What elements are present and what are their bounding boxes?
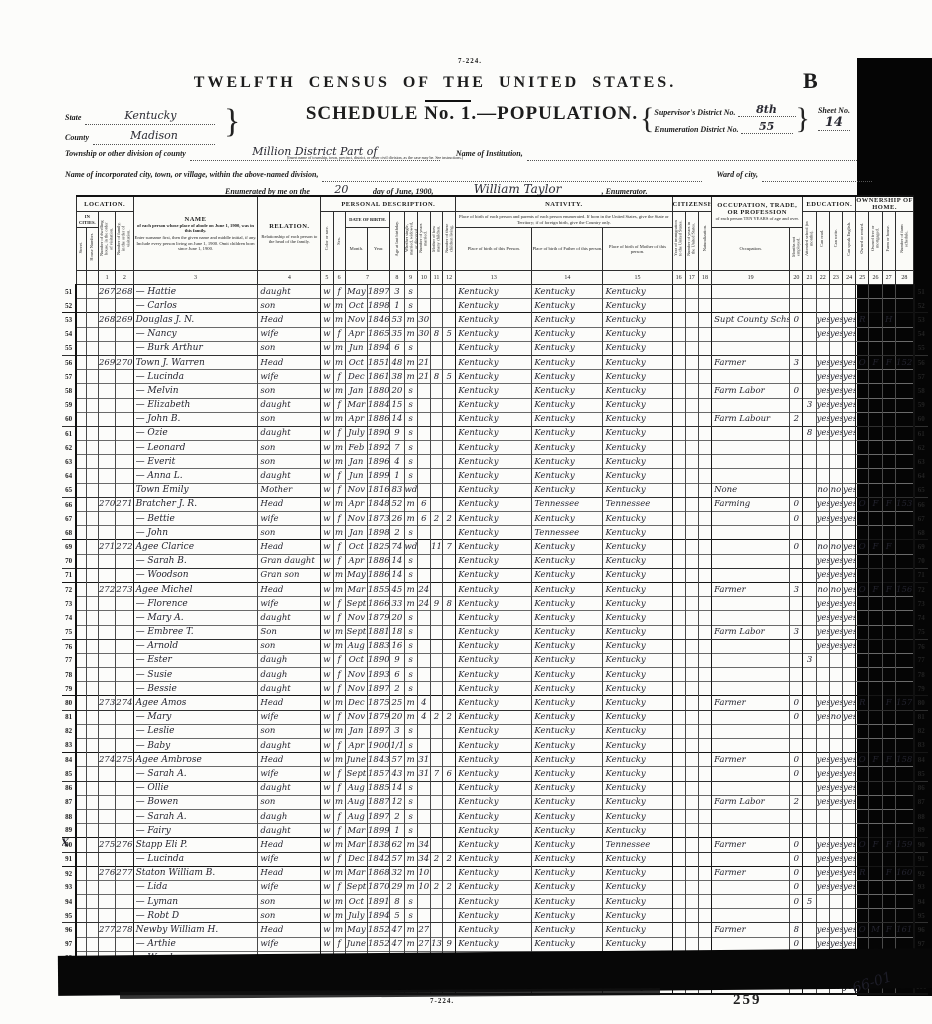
column-number: [86, 271, 98, 285]
cell-dwelling-number: 271: [99, 540, 116, 554]
cell-birth-month: Mar: [345, 582, 367, 596]
cell-can-write: [829, 739, 842, 753]
column-number: 4: [258, 271, 321, 285]
cell-name: — Lida: [133, 880, 258, 894]
cell-can-write: yes: [829, 611, 842, 625]
row-number-right: 79: [914, 682, 928, 696]
col-mother-of-children: Mother of how many children.: [430, 212, 442, 271]
cell-farm-number: [895, 313, 913, 327]
cell-marital: s: [404, 682, 417, 696]
cell-owned-rented: [856, 668, 869, 682]
col-attended-school: Attended school (in months).: [803, 212, 816, 271]
cell-farm-or-house: [882, 554, 895, 568]
cell-age: 15: [390, 398, 404, 412]
cell-can-read: [816, 653, 829, 667]
cell-can-write: yes: [829, 923, 842, 937]
cell-street: [76, 398, 86, 412]
cell-age: 14: [390, 781, 404, 795]
cell-birthplace-father: Kentucky: [532, 483, 603, 497]
cell-name: — Elizabeth: [133, 398, 258, 412]
cell-birthplace-mother: Kentucky: [603, 582, 672, 596]
cell-can-read: [816, 441, 829, 455]
cell-name: — Florence: [133, 597, 258, 611]
row-number-right: 56: [914, 355, 928, 369]
cell-birth-year: 1855: [368, 582, 390, 596]
cell-birthplace-mother: Kentucky: [603, 739, 672, 753]
cell-house-number: [86, 809, 98, 823]
cell-immigration-year: [672, 540, 685, 554]
cell-family-number: 275: [116, 753, 133, 767]
cell-marital: m: [404, 937, 417, 951]
cell-relation: Head: [258, 753, 321, 767]
cell-birthplace-person: Kentucky: [456, 795, 532, 809]
cell-color: w: [321, 355, 333, 369]
cell-naturalization: [698, 526, 711, 540]
row-number-left: 59: [62, 398, 76, 412]
cell-color: w: [321, 526, 333, 540]
cell-months-unemployed: 0: [790, 880, 803, 894]
cell-can-write: yes: [829, 554, 842, 568]
cell-name: — John B.: [133, 412, 258, 426]
cell-years-in-us: [685, 370, 698, 384]
cell-free-mortgaged: [869, 469, 882, 483]
cell-family-number: [116, 880, 133, 894]
section-personal: PERSONAL DESCRIPTION.: [321, 196, 456, 212]
cell-house-number: [86, 384, 98, 398]
cell-attended-school: [803, 341, 816, 355]
cell-years-married: [417, 682, 430, 696]
cell-relation: wife: [258, 597, 321, 611]
cell-dwelling-number: [99, 909, 116, 923]
cell-name: — John: [133, 526, 258, 540]
cell-name: Agee Amos: [133, 696, 258, 710]
cell-free-mortgaged: F: [869, 497, 882, 511]
relation-title: RELATION.: [258, 223, 320, 230]
cell-farm-number: [895, 880, 913, 894]
cell-birthplace-mother: Kentucky: [603, 625, 672, 639]
row-number-left: 62: [62, 441, 76, 455]
cell-age: 2: [390, 809, 404, 823]
row-number-right: 72: [914, 582, 928, 596]
cell-mother-of: 11: [430, 540, 442, 554]
cell-attended-school: [803, 597, 816, 611]
enumeration-value: 55: [759, 120, 774, 133]
cell-months-unemployed: [790, 370, 803, 384]
cell-free-mortgaged: [869, 327, 882, 341]
cell-years-married: [417, 412, 430, 426]
cell-birthplace-mother: Kentucky: [603, 327, 672, 341]
cell-can-speak-english: yes: [843, 880, 856, 894]
cell-marital: m: [404, 880, 417, 894]
cell-children-living: [443, 682, 456, 696]
cell-birth-year: 1884: [368, 398, 390, 412]
table-row: 95— Robt DsonwmJuly18945sKentuckyKentuck…: [62, 909, 928, 923]
cell-name: Agee Ambrose: [133, 753, 258, 767]
cell-birthplace-person: Kentucky: [456, 341, 532, 355]
cell-relation: Gran daught: [258, 554, 321, 568]
cell-farm-or-house: [882, 852, 895, 866]
row-number-right: 78: [914, 668, 928, 682]
cell-birth-year: 1885: [368, 781, 390, 795]
cell-relation: son: [258, 526, 321, 540]
cell-house-number: [86, 455, 98, 469]
marginal-x-mark: X: [62, 838, 69, 849]
cell-marital: s: [404, 285, 417, 299]
cell-age: 14: [390, 568, 404, 582]
cell-owned-rented: [856, 795, 869, 809]
cell-farm-or-house: [882, 285, 895, 299]
cell-farm-or-house: [882, 880, 895, 894]
cell-street: [76, 554, 86, 568]
cell-attended-school: [803, 313, 816, 327]
cell-house-number: [86, 724, 98, 738]
table-row: 77— EsterdaughwfOct18909sKentuckyKentuck…: [62, 653, 928, 667]
cell-marital: s: [404, 384, 417, 398]
cell-name: — Arnold: [133, 639, 258, 653]
cell-occupation: [712, 639, 790, 653]
cell-free-mortgaged: [869, 866, 882, 880]
cell-marital: s: [404, 653, 417, 667]
cell-birthplace-person: Kentucky: [456, 809, 532, 823]
cell-name: — Mary A.: [133, 611, 258, 625]
cell-farm-or-house: [882, 909, 895, 923]
cell-birth-month: June: [345, 937, 367, 951]
cell-color: w: [321, 739, 333, 753]
cell-can-read: yes: [816, 568, 829, 582]
cell-relation: daught: [258, 611, 321, 625]
cell-family-number: 277: [116, 866, 133, 880]
cell-birth-year: 1880: [368, 384, 390, 398]
cell-birth-year: 1881: [368, 625, 390, 639]
section-location: LOCATION.: [76, 196, 133, 212]
cell-birth-year: 1842: [368, 852, 390, 866]
state-line: State Kentucky: [65, 106, 215, 125]
county-label: County: [65, 133, 89, 142]
cell-birthplace-father: Kentucky: [532, 923, 603, 937]
cell-marital: wd: [404, 540, 417, 554]
state-label: State: [65, 113, 81, 122]
cell-birthplace-mother: Kentucky: [603, 895, 672, 909]
cell-can-read: yes: [816, 497, 829, 511]
row-number-left: 83: [62, 739, 76, 753]
col-years-married: Number of years married.: [417, 212, 430, 271]
cell-can-speak-english: yes: [843, 512, 856, 526]
cell-naturalization: [698, 355, 711, 369]
cell-years-married: [417, 469, 430, 483]
cell-farm-or-house: [882, 668, 895, 682]
cell-family-number: [116, 809, 133, 823]
column-number: 2: [116, 271, 133, 285]
cell-name: — Melvin: [133, 384, 258, 398]
cell-birthplace-person: Kentucky: [456, 483, 532, 497]
cell-can-read: yes: [816, 554, 829, 568]
cell-marital: s: [404, 668, 417, 682]
cell-house-number: [86, 682, 98, 696]
cell-can-read: yes: [816, 611, 829, 625]
enumeration-line: Enumeration District No. 55: [654, 120, 795, 134]
cell-color: w: [321, 285, 333, 299]
cell-birthplace-father: Kentucky: [532, 909, 603, 923]
cell-birth-month: May: [345, 568, 367, 582]
cell-family-number: [116, 937, 133, 951]
table-row: 84274275Agee AmbroseHeadwmJune184357m31K…: [62, 753, 928, 767]
cell-birthplace-father: Kentucky: [532, 682, 603, 696]
cell-naturalization: [698, 696, 711, 710]
cell-name: — Arthie: [133, 937, 258, 951]
cell-mother-of: [430, 299, 442, 313]
cell-months-unemployed: 0: [790, 384, 803, 398]
cell-house-number: [86, 653, 98, 667]
cell-can-read: yes: [816, 370, 829, 384]
cell-years-married: 21: [417, 355, 430, 369]
cell-age: 16: [390, 639, 404, 653]
cell-can-read: [816, 526, 829, 540]
cell-sex: m: [333, 866, 345, 880]
cell-free-mortgaged: [869, 739, 882, 753]
cell-can-write: [829, 341, 842, 355]
cell-birthplace-father: Kentucky: [532, 412, 603, 426]
cell-can-read: [816, 469, 829, 483]
cell-years-in-us: [685, 299, 698, 313]
cell-occupation: [712, 341, 790, 355]
cell-children-living: [443, 398, 456, 412]
cell-free-mortgaged: [869, 682, 882, 696]
cell-birth-year: 1890: [368, 653, 390, 667]
cell-birthplace-person: Kentucky: [456, 526, 532, 540]
cell-farm-number: 157: [895, 696, 913, 710]
cell-marital: m: [404, 710, 417, 724]
cell-can-write: [829, 441, 842, 455]
cell-can-write: yes: [829, 838, 842, 852]
cell-relation: Head: [258, 497, 321, 511]
cell-farm-or-house: [882, 441, 895, 455]
cell-months-unemployed: [790, 668, 803, 682]
cell-birthplace-mother: Kentucky: [603, 866, 672, 880]
cell-farm-number: [895, 625, 913, 639]
cell-color: w: [321, 682, 333, 696]
cell-street: [76, 441, 86, 455]
cell-mother-of: [430, 611, 442, 625]
cell-street: [76, 285, 86, 299]
cell-free-mortgaged: F: [869, 355, 882, 369]
cell-months-unemployed: [790, 441, 803, 455]
cell-family-number: [116, 739, 133, 753]
cell-children-living: [443, 299, 456, 313]
cell-occupation: [712, 682, 790, 696]
section-ownership: OWNERSHIP OF HOME.: [856, 196, 914, 212]
cell-family-number: [116, 611, 133, 625]
cell-naturalization: [698, 682, 711, 696]
cell-can-write: [829, 653, 842, 667]
cell-free-mortgaged: [869, 313, 882, 327]
cell-street: [76, 426, 86, 440]
table-row: 75— Embree T.SonwmSept188118sKentuckyKen…: [62, 625, 928, 639]
cell-occupation: None: [712, 483, 790, 497]
col-age: Age at last birthday.: [390, 212, 404, 271]
cell-mother-of: [430, 497, 442, 511]
cell-sex: f: [333, 611, 345, 625]
cell-years-in-us: [685, 327, 698, 341]
cell-sex: m: [333, 639, 345, 653]
cell-can-speak-english: [843, 909, 856, 923]
township-label: Township or other division of county: [65, 149, 186, 158]
cell-mother-of: 2: [430, 512, 442, 526]
cell-street: [76, 582, 86, 596]
cell-name: — Mary: [133, 710, 258, 724]
cell-children-living: [443, 426, 456, 440]
cell-sex: f: [333, 767, 345, 781]
cell-birthplace-person: Kentucky: [456, 611, 532, 625]
cell-color: w: [321, 512, 333, 526]
cell-can-read: [816, 341, 829, 355]
row-number-left: 67: [62, 512, 76, 526]
cell-birthplace-father: Kentucky: [532, 512, 603, 526]
cell-farm-number: [895, 299, 913, 313]
cell-can-speak-english: [843, 668, 856, 682]
cell-dwelling-number: [99, 327, 116, 341]
cell-farm-or-house: F: [882, 696, 895, 710]
cell-attended-school: [803, 299, 816, 313]
cell-months-unemployed: [790, 426, 803, 440]
cell-color: w: [321, 838, 333, 852]
cell-occupation: [712, 526, 790, 540]
cell-birthplace-mother: Kentucky: [603, 767, 672, 781]
cell-color: w: [321, 313, 333, 327]
cell-street: [76, 724, 86, 738]
cell-years-in-us: [685, 384, 698, 398]
cell-sex: m: [333, 497, 345, 511]
cell-birth-month: Apr: [345, 497, 367, 511]
cell-can-speak-english: yes: [843, 384, 856, 398]
cell-age: 1: [390, 469, 404, 483]
cell-birth-month: Oct: [345, 653, 367, 667]
enumerator-name: William Taylor: [474, 182, 562, 196]
cell-age: 1: [390, 299, 404, 313]
cell-marital: m: [404, 512, 417, 526]
cell-naturalization: [698, 923, 711, 937]
column-number: 13: [456, 271, 532, 285]
cell-immigration-year: [672, 653, 685, 667]
sheet-label: Sheet No.: [818, 106, 850, 115]
cell-dwelling-number: [99, 568, 116, 582]
cell-sex: f: [333, 824, 345, 838]
cell-can-speak-english: yes: [843, 781, 856, 795]
cell-attended-school: 5: [803, 895, 816, 909]
cell-relation: wife: [258, 512, 321, 526]
cell-years-in-us: [685, 313, 698, 327]
cell-birthplace-mother: Kentucky: [603, 753, 672, 767]
table-row: 71— WoodsonGran sonwmMay188614sKentuckyK…: [62, 568, 928, 582]
cell-can-write: yes: [829, 795, 842, 809]
row-number-right: 94: [914, 895, 928, 909]
cell-birth-month: Apr: [345, 412, 367, 426]
cell-naturalization: [698, 398, 711, 412]
cell-immigration-year: [672, 668, 685, 682]
table-row: 51267268— HattiedaughtwfMay18973sKentuck…: [62, 285, 928, 299]
cell-occupation: [712, 426, 790, 440]
cell-house-number: [86, 299, 98, 313]
cell-birth-year: 1897: [368, 724, 390, 738]
cell-birth-year: 1897: [368, 682, 390, 696]
cell-age: 83: [390, 483, 404, 497]
township-hint: [Insert name of township, town, precinct…: [250, 155, 500, 160]
cell-color: w: [321, 483, 333, 497]
cell-months-unemployed: 0: [790, 852, 803, 866]
table-row: 58— MelvinsonwmJan188020sKentuckyKentuck…: [62, 384, 928, 398]
cell-occupation: [712, 540, 790, 554]
cell-street: [76, 753, 86, 767]
cell-house-number: [86, 852, 98, 866]
table-body: 51267268— HattiedaughtwfMay18973sKentuck…: [62, 285, 928, 995]
cell-color: w: [321, 696, 333, 710]
cell-can-speak-english: [843, 682, 856, 696]
cell-color: w: [321, 299, 333, 313]
cell-can-speak-english: yes: [843, 795, 856, 809]
cell-naturalization: [698, 852, 711, 866]
cell-farm-or-house: [882, 639, 895, 653]
cell-farm-or-house: [882, 710, 895, 724]
cell-birth-month: Nov: [345, 682, 367, 696]
cell-occupation: Farm Labour: [712, 412, 790, 426]
cell-birth-month: Nov: [345, 313, 367, 327]
cell-color: w: [321, 895, 333, 909]
column-number-row: 1234567891011121314151617181920212223242…: [62, 271, 928, 285]
column-number: 14: [532, 271, 603, 285]
cell-relation: son: [258, 639, 321, 653]
cell-birth-month: July: [345, 909, 367, 923]
cell-attended-school: [803, 795, 816, 809]
cell-attended-school: [803, 497, 816, 511]
cell-relation: daugh: [258, 668, 321, 682]
cell-can-write: yes: [829, 880, 842, 894]
cell-farm-or-house: F: [882, 838, 895, 852]
cell-free-mortgaged: [869, 639, 882, 653]
col-months-not-employed: Months not employed.: [790, 228, 803, 271]
cell-can-read: [816, 299, 829, 313]
cell-years-married: 4: [417, 696, 430, 710]
cell-color: w: [321, 370, 333, 384]
cell-owned-rented: [856, 398, 869, 412]
table-row: 85— Sarah A.wifewfSept185743m3176Kentuck…: [62, 767, 928, 781]
cell-naturalization: [698, 384, 711, 398]
cell-birth-month: Oct: [345, 540, 367, 554]
cell-years-in-us: [685, 611, 698, 625]
cell-marital: s: [404, 554, 417, 568]
cell-dwelling-number: [99, 795, 116, 809]
col-birthplace-person: Place of birth of this Person.: [456, 228, 532, 271]
cell-birth-year: 1898: [368, 526, 390, 540]
cell-occupation: Farmer: [712, 866, 790, 880]
cell-occupation: [712, 398, 790, 412]
cell-age: 7: [390, 441, 404, 455]
cell-street: [76, 767, 86, 781]
cell-family-number: [116, 668, 133, 682]
cell-birthplace-mother: Kentucky: [603, 384, 672, 398]
col-children-living: Number of these children living.: [443, 212, 456, 271]
cell-immigration-year: [672, 526, 685, 540]
cell-birth-year: 1886: [368, 568, 390, 582]
cell-age: 57: [390, 753, 404, 767]
table-row: 74— Mary A.daughtwfNov187920sKentuckyKen…: [62, 611, 928, 625]
cell-can-speak-english: [843, 824, 856, 838]
cell-family-number: 272: [116, 540, 133, 554]
name-desc2: Enter surname first, then the given name…: [134, 235, 258, 240]
cell-name: — Fairy: [133, 824, 258, 838]
cell-occupation: [712, 327, 790, 341]
cell-birthplace-mother: Kentucky: [603, 370, 672, 384]
cell-relation: daught: [258, 739, 321, 753]
cell-family-number: [116, 895, 133, 909]
